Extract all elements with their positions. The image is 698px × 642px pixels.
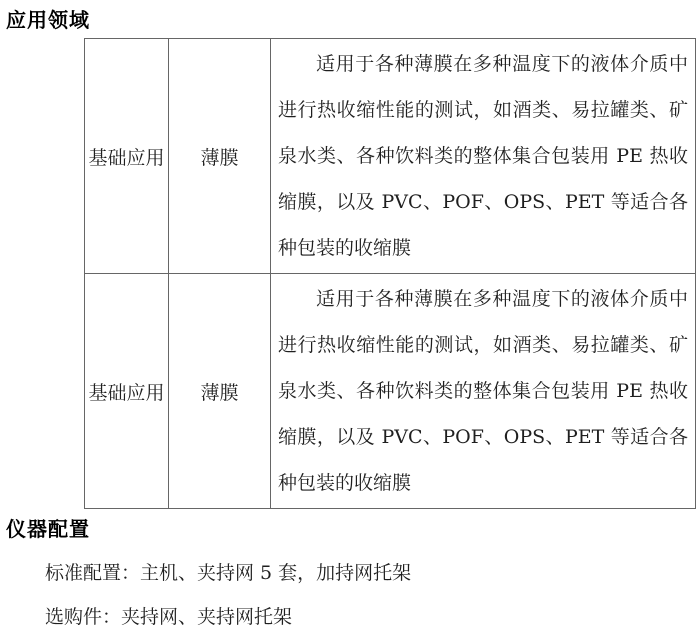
- cell-sample-type: 薄膜: [169, 274, 271, 509]
- standard-configuration-line: 标准配置：主机、夹持网 5 套，加持网托架: [45, 558, 411, 585]
- cell-category: 基础应用: [85, 39, 169, 274]
- table-row: 基础应用 薄膜 适用于各种薄膜在多种温度下的液体介质中进行热收缩性能的测试，如酒…: [85, 274, 696, 509]
- cell-category: 基础应用: [85, 274, 169, 509]
- table-row: 基础应用 薄膜 适用于各种薄膜在多种温度下的液体介质中进行热收缩性能的测试，如酒…: [85, 39, 696, 274]
- section-title-application: 应用领域: [6, 4, 90, 33]
- application-table: 基础应用 薄膜 适用于各种薄膜在多种温度下的液体介质中进行热收缩性能的测试，如酒…: [84, 38, 696, 509]
- optional-parts-line: 选购件：夹持网、夹持网托架: [45, 602, 292, 629]
- section-title-configuration: 仪器配置: [6, 513, 90, 542]
- cell-description: 适用于各种薄膜在多种温度下的液体介质中进行热收缩性能的测试，如酒类、易拉罐类、矿…: [271, 39, 696, 274]
- cell-sample-type: 薄膜: [169, 39, 271, 274]
- cell-description: 适用于各种薄膜在多种温度下的液体介质中进行热收缩性能的测试，如酒类、易拉罐类、矿…: [271, 274, 696, 509]
